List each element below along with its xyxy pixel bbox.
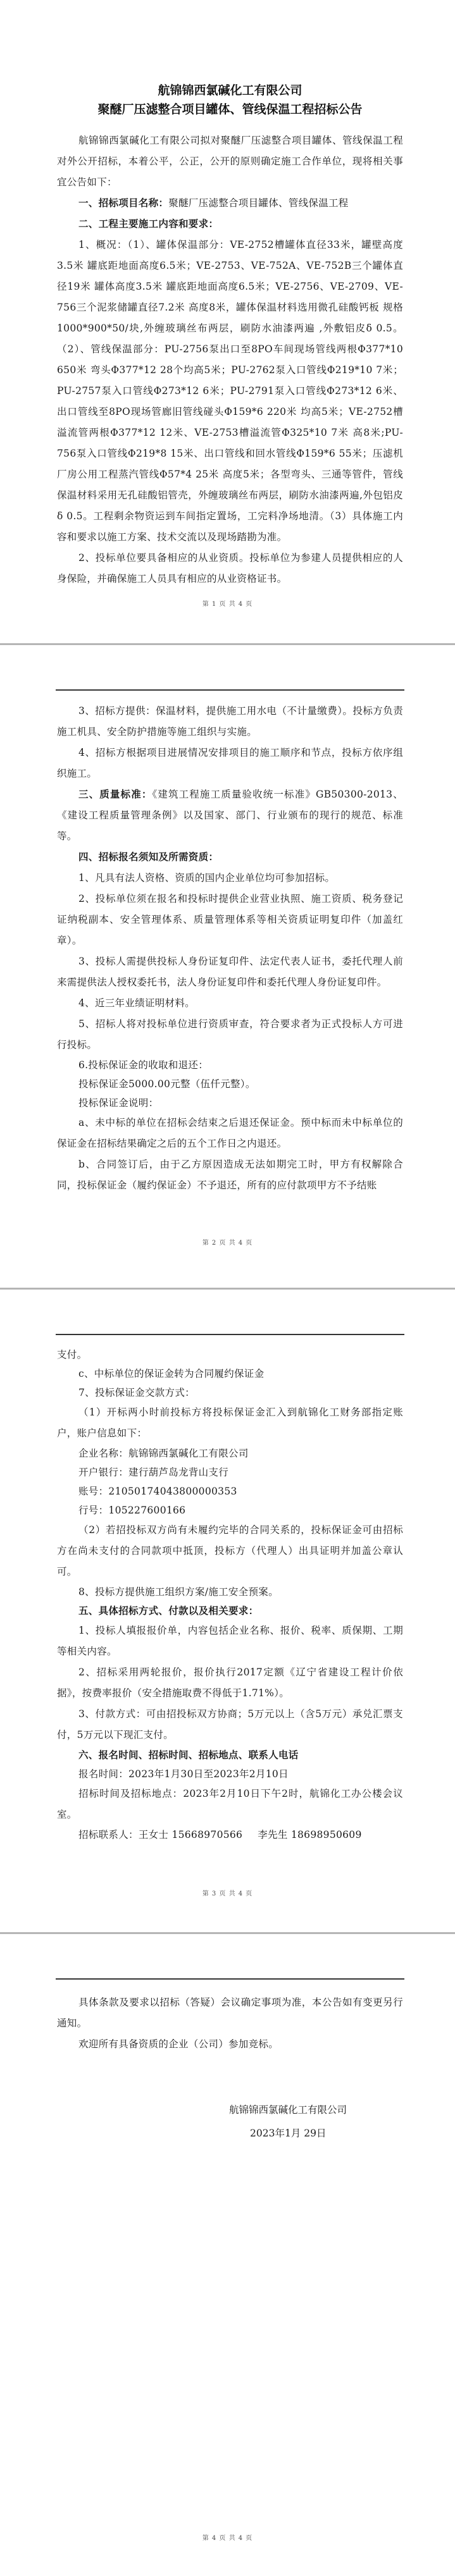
section-4-item-2: 2、投标单位须在报名和投标时提供企业营业执照、施工资质、税务登记证纳税副本、安全… [57,889,403,951]
section-3-heading: 三、质量标准： [78,789,152,800]
account-bank: 开户银行：建行葫芦岛龙背山支行 [57,1463,403,1482]
section-5-item-1: 1、投标人填报报价单，内容包括企业名称、报价、税率、质保期、工期等相关内容。 [57,1620,403,1662]
section-2-item-3: 3、招标方提供：保温材料，提供施工用水电（不计量缴费）。投标方负责施工机具、安全… [57,701,403,743]
section-2-item-1: 1、概况：（1）、罐体保温部分：VE-2752槽罐体直径33米，罐壁高度3.5米… [57,235,403,548]
deposit-note-heading: 投标保证金说明： [57,1094,403,1112]
section-4-item-7-heading: 7、投标保证金交款方式： [57,1383,403,1402]
registration-time: 报名时间：2023年1月30日至2023年2月10日 [57,1765,403,1784]
page-4: 具体条款及要求以招标（答疑）会议确定事项为准，本公告如有变更另行通知。 欢迎所有… [0,1934,455,2576]
page-footer-3: 第 3 页 共 4 页 [0,1888,455,1897]
contact-2: 李先生 18698950609 [258,1829,361,1840]
signature-date: 2023年1月 29日 [250,2124,326,2143]
section-1-heading: 一、招标项目名称： [78,197,168,209]
deposit-note-a: a、未中标的单位在招标会结束之后退还保证金。预中标而未中标单位的保证金在招标结果… [57,1112,403,1154]
document-title-company: 航锦锦西氯碱化工有限公司 [57,81,403,100]
account-bank-code-label: 行号： [78,1505,108,1516]
section-2-item-4: 4、招标方根据项目进展情况安排项目的施工顺序和节点，投标方依序组织施工。 [57,743,403,784]
section-5-item-2: 2、招标采用两轮报价，报价执行2017定额《辽宁省建设工程计价依据》，按费率报价… [57,1662,403,1704]
section-4-item-6-heading: 6.投标保证金的收取和退还： [57,1056,403,1075]
account-bank-code-value: 105227600166 [108,1505,185,1516]
section-5-heading: 五、具体招标方式、付款以及相关要求： [57,1601,403,1620]
section-4-item-3: 3、投标人需提供投标人身份证复印件、法定代表人证书，委托代理人前来需提供法人授权… [57,951,403,993]
deposit-amount: 投标保证金5000.00元整（伍仟元整）。 [57,1075,403,1094]
section-1: 一、招标项目名称：聚醚厂压滤整合项目罐体、管线保温工程 [57,193,403,214]
page-1: 航锦锦西氯碱化工有限公司 聚醚厂压滤整合项目罐体、管线保温工程招标公告 航锦锦西… [0,0,455,643]
bidding-time-location: 招标时间及招标地点：2023年2月10日下午2时，航锦化工办公楼会议室。 [57,1784,403,1825]
section-4-item-4: 4、近三年业绩证明材料。 [57,993,403,1014]
page-2: 3、招标方提供：保温材料，提供施工用水电（不计量缴费）。投标方负责施工机具、安全… [0,645,455,1288]
page-footer-4: 第 4 页 共 4 页 [0,2532,455,2542]
page-1-content: 航锦锦西氯碱化工有限公司 聚醚厂压滤整合项目罐体、管线保温工程招标公告 航锦锦西… [57,81,403,589]
page-4-content: 具体条款及要求以招标（答疑）会议确定事项为准，本公告如有变更另行通知。 欢迎所有… [57,1992,403,2055]
page-footer-2: 第 2 页 共 4 页 [0,1237,455,1247]
contact-1: 王女士 15668970566 [139,1829,242,1840]
section-4-item-1: 1、凡具有法人资格、资质的国内企业单位均可参加招标。 [57,868,403,889]
account-number-label: 账号： [78,1486,108,1497]
deposit-note-b-continued: 支付。 [57,1345,403,1364]
document-title-project: 聚醚厂压滤整合项目罐体、管线保温工程招标公告 [57,100,403,119]
section-2-item-2: 2、投标单位要具备相应的从业资质。投标单位为参建人员提供相应的人身保险，并确保施… [57,548,403,589]
section-4-heading: 四、招标报名须知及所需资质： [57,847,403,868]
deposit-note-c: c、中标单位的保证金转为合同履约保证金 [57,1364,403,1383]
deposit-note-b: b、合同签订后，由于乙方原因造成无法如期完工时，甲方有权解除合同，投标保证金（履… [57,1154,403,1196]
page-3-content: 支付。 c、中标单位的保证金转为合同履约保证金 7、投标保证金交款方式： （1）… [57,1345,403,1844]
section-4-item-8: 8、投标方提供施工组织方案/施工安全预案。 [57,1582,403,1601]
section-3: 三、质量标准：《建筑工程施工质量验收统一标准》GB50300-2013、《建设工… [57,784,403,847]
account-bank-label: 开户银行： [78,1467,128,1478]
header-rule [56,689,404,691]
page-3: 支付。 c、中标单位的保证金转为合同履约保证金 7、投标保证金交款方式： （1）… [0,1290,455,1932]
section-1-text: 聚醚厂压滤整合项目罐体、管线保温工程 [168,197,348,209]
closing-line-1: 具体条款及要求以招标（答疑）会议确定事项为准，本公告如有变更另行通知。 [57,1992,403,2034]
section-4-item-7-1: （1）开标两小时前投标方将投标保证金汇入到航锦化工财务部指定账户，账户信息如下： [57,1402,403,1444]
section-2-heading: 二、工程主要施工内容和要求： [57,214,403,235]
account-number: 账号：21050174043800000353 [57,1482,403,1501]
contacts-label: 招标联系人： [78,1829,139,1840]
header-rule [56,1978,404,1980]
account-company-value: 航锦锦西氯碱化工有限公司 [128,1448,249,1459]
contacts: 招标联系人：王女士 15668970566李先生 18698950609 [57,1825,403,1844]
page-2-content: 3、招标方提供：保温材料，提供施工用水电（不计量缴费）。投标方负责施工机具、安全… [57,701,403,1196]
section-4-item-7-2: （2）若招投标双方尚有未履约完毕的合同关系的，投标保证金可由招标方在尚未支付的合… [57,1520,403,1582]
account-company-label: 企业名称： [78,1448,128,1459]
account-bank-code: 行号：105227600166 [57,1501,403,1520]
header-rule [56,1334,404,1335]
account-company: 企业名称：航锦锦西氯碱化工有限公司 [57,1444,403,1463]
intro-paragraph: 航锦锦西氯碱化工有限公司拟对聚醚厂压滤整合项目罐体、管线保温工程对外公开招标，本… [57,130,403,193]
signature-company: 航锦锦西氯碱化工有限公司 [229,2100,347,2119]
section-4-item-5: 5、招标人将对投标单位进行资质审查，符合要求者为正式投标人方可进行投标。 [57,1014,403,1056]
account-bank-value: 建行葫芦岛龙背山支行 [128,1467,228,1478]
closing-line-2: 欢迎所有具备资质的企业（公司）参加竞标。 [57,2034,403,2055]
account-number-value: 21050174043800000353 [108,1486,237,1497]
section-6-heading: 六、报名时间、招标时间、招标地点、联系人电话 [57,1746,403,1765]
section-5-item-3: 3、付款方式：可由招投标双方协商；5万元以上（含5万元）承兑汇票支付，5万元以下… [57,1704,403,1746]
page-footer-1: 第 1 页 共 4 页 [0,598,455,608]
